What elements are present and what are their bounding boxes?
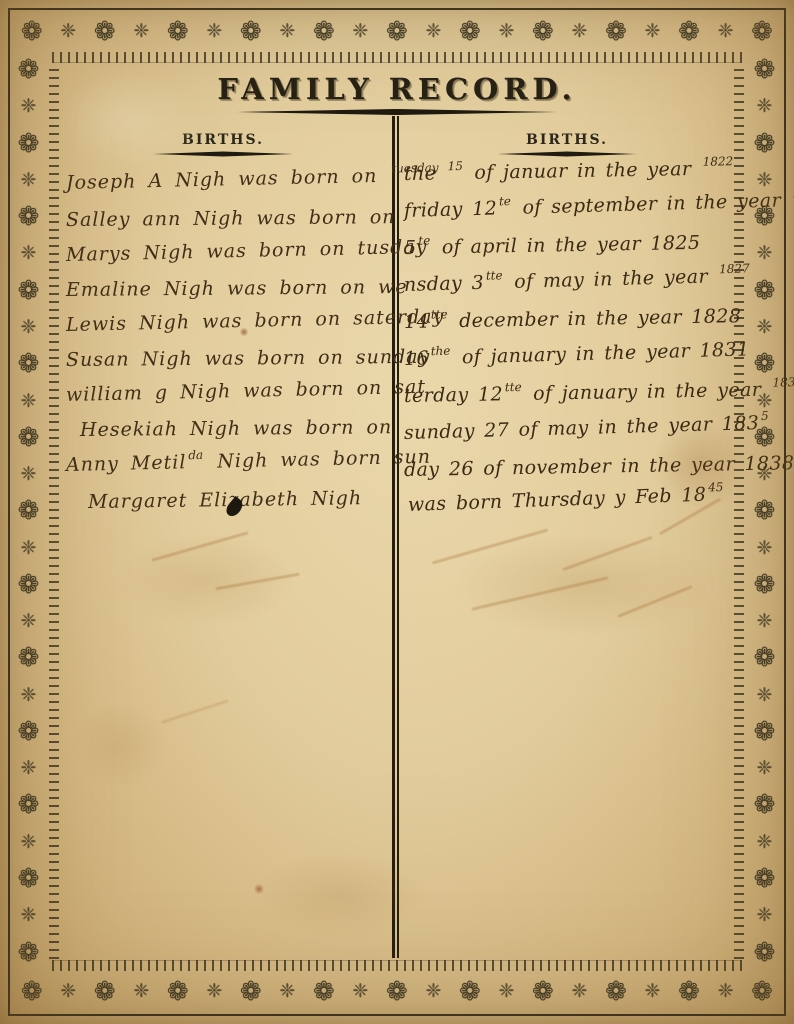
record-text: 14	[404, 311, 429, 333]
record-text: william g Nigh was born on sat	[66, 376, 426, 406]
ornament-icon: ❈	[645, 982, 661, 1001]
record-superscript: tte	[486, 268, 503, 282]
border-dash-bottom	[52, 960, 742, 971]
rosette-icon: ❁	[532, 979, 554, 1005]
rosette-icon: ❁	[18, 792, 40, 818]
ornament-icon: ❈	[572, 22, 588, 41]
ornament-icon: ❈	[645, 22, 661, 41]
record-superscript: 1822	[703, 154, 734, 169]
ornament-icon: ❈	[498, 22, 514, 41]
record-line: sunday 27 of may in the year 1835	[403, 407, 740, 453]
record-superscript: da	[188, 448, 203, 462]
ornament-icon: ❈	[21, 539, 37, 558]
ornament-icon: ❈	[757, 759, 773, 778]
paper-stain	[420, 520, 750, 650]
border-band-top: ❁❈❁❈❁❈❁❈❁❈❁❈❁❈❁❈❁❈❁❈❁	[12, 13, 782, 50]
record-text: Susan Nigh was born on sunday	[66, 346, 430, 371]
record-line: friday 12te of september in the year 182…	[403, 185, 740, 231]
rosette-icon: ❁	[751, 979, 773, 1005]
ornament-icon: ❈	[498, 982, 514, 1001]
record-text: the	[404, 162, 446, 185]
record-text: 16	[404, 347, 430, 370]
paper-stain	[60, 690, 180, 800]
ornament-icon: ❈	[21, 833, 37, 852]
rosette-icon: ❁	[678, 19, 700, 45]
rosette-icon: ❁	[313, 19, 335, 45]
record-superscript: te	[499, 194, 511, 208]
record-superscript: the	[431, 344, 451, 359]
rosette-icon: ❁	[313, 979, 335, 1005]
rosette-icon: ❁	[240, 19, 262, 45]
rosette-icon: ❁	[754, 719, 776, 745]
record-text: Emaline Nigh was born on we	[66, 276, 408, 301]
ornament-icon: ❈	[21, 612, 37, 631]
record-superscript: 1827	[719, 261, 750, 276]
record-line: Joseph A Nigh was born on tuesday	[66, 159, 393, 203]
rosette-icon: ❁	[754, 351, 776, 377]
ornament-icon: ❈	[757, 686, 773, 705]
rosette-icon: ❁	[167, 19, 189, 45]
ornament-icon: ❈	[21, 392, 37, 411]
bleed-through-mark	[161, 699, 229, 723]
border-band-left: ❁❈❁❈❁❈❁❈❁❈❁❈❁❈❁❈❁❈❁❈❁❈❁❈❁	[10, 50, 47, 973]
ornament-icon: ❈	[352, 982, 368, 1001]
ornament-icon: ❈	[21, 465, 37, 484]
rosette-icon: ❁	[18, 131, 40, 157]
record-text: of april in the year 1825	[432, 232, 700, 259]
rosette-icon: ❁	[18, 940, 40, 966]
record-line: Marys Nigh was born on tusday	[66, 231, 393, 273]
rosette-icon: ❁	[678, 979, 700, 1005]
paper-stain	[90, 520, 320, 640]
column-lines: the 15 of januar in the year 1822friday …	[404, 157, 740, 525]
border-dash-left	[49, 64, 59, 959]
ornament-icon: ❈	[572, 982, 588, 1001]
paper-stain	[230, 840, 450, 950]
ornament-icon: ❈	[425, 22, 441, 41]
rosette-icon: ❁	[18, 498, 40, 524]
ornament-icon: ❈	[21, 171, 37, 190]
rosette-icon: ❁	[459, 979, 481, 1005]
rosette-icon: ❁	[240, 979, 262, 1005]
ornament-icon: ❈	[757, 833, 773, 852]
record-text: of januar in the year	[465, 158, 701, 184]
record-text: december in the year 1828	[450, 305, 742, 332]
rosette-icon: ❁	[754, 792, 776, 818]
rosette-icon: ❁	[18, 278, 40, 304]
rosette-icon: ❁	[94, 979, 116, 1005]
header-rule	[153, 151, 293, 157]
rosette-icon: ❁	[18, 572, 40, 598]
ornament-icon: ❈	[279, 22, 295, 41]
record-text: Anny Metil	[66, 451, 187, 476]
record-line: Anny Metilda Nigh was born sun	[66, 441, 393, 485]
ornament-icon: ❈	[206, 982, 222, 1001]
ornament-icon: ❈	[133, 982, 149, 1001]
rosette-icon: ❁	[21, 979, 43, 1005]
record-superscript: tte	[431, 307, 448, 321]
rosette-icon: ❁	[754, 278, 776, 304]
family-record-page: ❁❈❁❈❁❈❁❈❁❈❁❈❁❈❁❈❁❈❁❈❁ ❁❈❁❈❁❈❁❈❁❈❁❈❁❈❁❈❁❈…	[0, 0, 794, 1024]
bleed-through-mark	[617, 585, 692, 618]
rosette-icon: ❁	[754, 940, 776, 966]
record-text: Hesekiah Nigh was born on	[80, 416, 392, 441]
ornament-icon: ❈	[21, 759, 37, 778]
record-text: Joseph A Nigh was born on	[66, 165, 390, 194]
column-header-left: BIRTHS.	[118, 129, 328, 157]
rosette-icon: ❁	[605, 19, 627, 45]
record-superscript: te	[418, 234, 430, 248]
ornament-icon: ❈	[757, 171, 773, 190]
ornament-icon: ❈	[60, 982, 76, 1001]
rosette-icon: ❁	[386, 979, 408, 1005]
ornament-icon: ❈	[757, 612, 773, 631]
ornament-icon: ❈	[21, 244, 37, 263]
record-text: of january in the year	[524, 379, 771, 405]
record-text: Salley ann Nigh was born on	[66, 206, 396, 231]
ornament-icon: ❈	[206, 22, 222, 41]
ornament-icon: ❈	[757, 244, 773, 263]
ornament-icon: ❈	[279, 982, 295, 1001]
rosette-icon: ❁	[532, 19, 554, 45]
border-dash-top	[52, 52, 742, 63]
border-band-right: ❁❈❁❈❁❈❁❈❁❈❁❈❁❈❁❈❁❈❁❈❁❈❁❈❁	[746, 50, 783, 973]
rosette-icon: ❁	[21, 19, 43, 45]
rosette-icon: ❁	[754, 498, 776, 524]
rosette-icon: ❁	[605, 979, 627, 1005]
bleed-through-mark	[432, 529, 548, 565]
rosette-icon: ❁	[18, 866, 40, 892]
column-lines: Joseph A Nigh was born on tuesdaySalley …	[66, 166, 392, 520]
record-text: Lewis Nigh was born on saterday	[66, 305, 445, 336]
rosette-icon: ❁	[754, 866, 776, 892]
record-line: Lewis Nigh was born on saterday	[66, 301, 393, 343]
rosette-icon: ❁	[754, 645, 776, 671]
ink-spot	[252, 882, 266, 896]
ornament-icon: ❈	[718, 22, 734, 41]
births-header: BIRTHS.	[526, 132, 608, 148]
record-column: the 15 of januar in the year 1822friday …	[404, 157, 740, 525]
ornament-icon: ❈	[425, 982, 441, 1001]
record-text: was born Thursday y Feb 18	[408, 484, 707, 516]
ornament-icon: ❈	[21, 686, 37, 705]
record-superscript: 5	[761, 409, 769, 423]
rosette-icon: ❁	[386, 19, 408, 45]
bleed-through-mark	[215, 573, 299, 591]
rosette-icon: ❁	[94, 19, 116, 45]
births-header: BIRTHS.	[182, 132, 264, 148]
rosette-icon: ❁	[754, 131, 776, 157]
rosette-icon: ❁	[751, 19, 773, 45]
record-superscript: 45	[708, 480, 724, 495]
ornament-icon: ❈	[21, 318, 37, 337]
rosette-icon: ❁	[18, 425, 40, 451]
ornament-icon: ❈	[21, 906, 37, 925]
title-rule	[237, 108, 557, 116]
record-text: of january in the year 1831	[452, 338, 749, 368]
record-superscript: 1833	[772, 375, 794, 390]
bleed-through-mark	[471, 576, 608, 610]
record-column: Joseph A Nigh was born on tuesdaySalley …	[66, 166, 392, 520]
record-text: friday 12	[404, 197, 498, 222]
rosette-icon: ❁	[18, 351, 40, 377]
record-superscript: 15	[447, 159, 463, 173]
ornament-icon: ❈	[352, 22, 368, 41]
title-block: FAMILY RECORD.	[0, 72, 794, 116]
rosette-icon: ❁	[459, 19, 481, 45]
bleed-through-mark	[152, 531, 249, 561]
ornament-icon: ❈	[718, 982, 734, 1001]
ornament-icon: ❈	[60, 22, 76, 41]
rosette-icon: ❁	[18, 645, 40, 671]
rosette-icon: ❁	[167, 979, 189, 1005]
record-text: sunday 27 of may in the year 183	[404, 412, 760, 444]
ornament-icon: ❈	[757, 318, 773, 337]
page-title: FAMILY RECORD.	[217, 72, 576, 106]
record-text: nsday 3	[404, 272, 485, 296]
record-line: william g Nigh was born on sat	[66, 371, 393, 413]
ornament-icon: ❈	[757, 539, 773, 558]
record-line: nsday 3tte of may in the year 1827	[403, 259, 740, 305]
border-band-bottom: ❁❈❁❈❁❈❁❈❁❈❁❈❁❈❁❈❁❈❁❈❁	[12, 973, 782, 1010]
rosette-icon: ❁	[18, 719, 40, 745]
bleed-through-mark	[562, 536, 652, 571]
record-text: Marys Nigh was born on tusday	[66, 236, 428, 266]
record-text: of may in the year	[505, 265, 718, 293]
ornament-icon: ❈	[757, 906, 773, 925]
ornament-icon: ❈	[133, 22, 149, 41]
record-text: terday 12	[404, 383, 503, 407]
record-text: 5	[404, 237, 417, 259]
rosette-icon: ❁	[754, 572, 776, 598]
rosette-icon: ❁	[18, 204, 40, 230]
record-superscript: tte	[505, 380, 522, 394]
record-line: 16the of january in the year 1831	[403, 333, 740, 379]
record-text: Margaret Elizabeth Nigh	[88, 487, 362, 513]
